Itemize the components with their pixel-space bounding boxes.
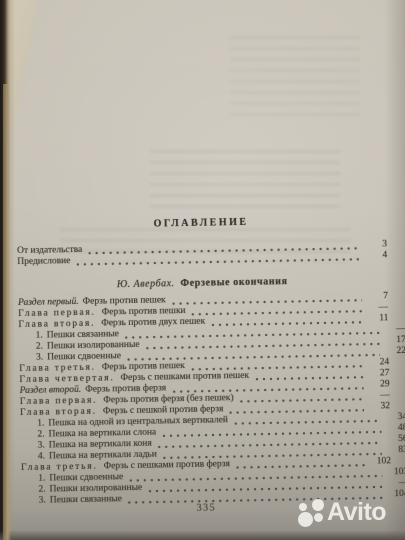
- toc-title: Ферзь против двух пешек: [101, 317, 205, 329]
- toc-page-number: —: [384, 324, 405, 334]
- avito-logo-icon: [312, 499, 324, 511]
- toc-entry-prefix: Глава вторая.: [18, 319, 95, 330]
- toc-page-number: 24: [367, 357, 389, 367]
- toc-title: Пешки изолированные: [50, 483, 143, 495]
- toc-title: Ферзь против пешки: [102, 306, 186, 318]
- toc-entry-prefix: Глава третья.: [19, 363, 96, 374]
- toc-entry-prefix: Глава вторая.: [20, 407, 97, 418]
- toc-entry-prefix: Раздел второй.: [20, 385, 82, 396]
- toc-page-number: 56: [386, 434, 405, 444]
- toc-title: Предисловие: [17, 256, 70, 267]
- toc-page-number: —: [386, 478, 405, 488]
- toc-entry-prefix: Глава четвертая.: [19, 373, 114, 385]
- toc-entry-prefix: 3.: [39, 496, 46, 506]
- avito-logo-icon: [299, 503, 307, 511]
- toc-page-number: —: [366, 302, 388, 312]
- section-heading: Ю. Авербах.Ферзевые окончания: [0, 274, 405, 292]
- toc-entry-prefix: 2.: [36, 342, 43, 352]
- toc-entry-prefix: 4.: [38, 452, 45, 462]
- toc-page-number: 103: [386, 467, 405, 477]
- toc-title: Пешки связанные: [47, 329, 119, 340]
- toc-entry-prefix: Раздел первый.: [18, 297, 79, 308]
- toc-entry-prefix: 1.: [38, 474, 45, 484]
- page-content: ОГЛАВЛЕНИЕ От издательства 3 Предисловие…: [0, 0, 405, 540]
- toc-page-number: 83: [386, 445, 405, 455]
- toc-title: Пешка на вертикали ладьи: [49, 450, 157, 462]
- toc-entry-prefix: 3.: [36, 353, 43, 363]
- toc-entry-prefix: Глава первая.: [20, 396, 98, 407]
- toc-entry-prefix: Глава первая.: [18, 308, 96, 319]
- toc-title: Ферзь против пешек: [83, 295, 166, 307]
- contents-heading: ОГЛАВЛЕНИЕ: [0, 214, 404, 232]
- toc-page-number: 27: [367, 368, 389, 378]
- book-title: Ферзевые окончания: [180, 276, 287, 289]
- toc-page-number: 29: [368, 379, 390, 389]
- toc-entry-prefix: 1.: [37, 419, 44, 429]
- avito-logo-icon: [298, 512, 313, 527]
- toc-page-number: 22: [384, 346, 405, 356]
- toc-page-number: 48: [385, 423, 405, 433]
- toc-title: Пешки изолированные: [47, 340, 140, 352]
- toc-page-number: 32: [368, 401, 390, 411]
- toc-page-number: 17: [384, 335, 405, 345]
- toc-page-number: 4: [365, 250, 387, 260]
- author-name: Ю. Авербах.: [117, 278, 175, 290]
- toc-title: Пешка на вертикали слона: [49, 428, 157, 440]
- toc-entry-prefix: 2.: [37, 430, 44, 440]
- toc-entry-prefix: 1.: [36, 331, 43, 341]
- book-page-photo: ОГЛАВЛЕНИЕ От издательства 3 Предисловие…: [0, 0, 405, 540]
- dot-leader: [76, 256, 361, 266]
- toc-page-number: 104: [387, 489, 405, 499]
- avito-logo-icon: [314, 513, 323, 522]
- toc-entry-prefix: 3.: [38, 441, 45, 451]
- toc-title: Ферзь против ферзя: [85, 383, 166, 394]
- toc-page-number: 34: [385, 412, 405, 422]
- toc-page-number: 102: [369, 456, 391, 466]
- toc-page-number: 3: [365, 239, 387, 249]
- toc-page-number: —: [368, 390, 390, 400]
- toc-title: Пешки сдвоенные: [49, 472, 123, 483]
- toc-title: Пешки сдвоенные: [47, 351, 121, 362]
- toc-title: Ферзь против пешек: [102, 361, 185, 373]
- toc-title: От издательства: [17, 245, 82, 256]
- toc-entry-prefix: 2.: [38, 485, 45, 495]
- toc-entry-prefix: Глава третья.: [21, 462, 98, 473]
- toc-page-number: 7: [366, 291, 388, 301]
- toc-page-number: 11: [366, 313, 388, 323]
- toc-title: Пешка на вертикали коня: [49, 439, 152, 451]
- avito-watermark-text: Avito: [327, 498, 386, 527]
